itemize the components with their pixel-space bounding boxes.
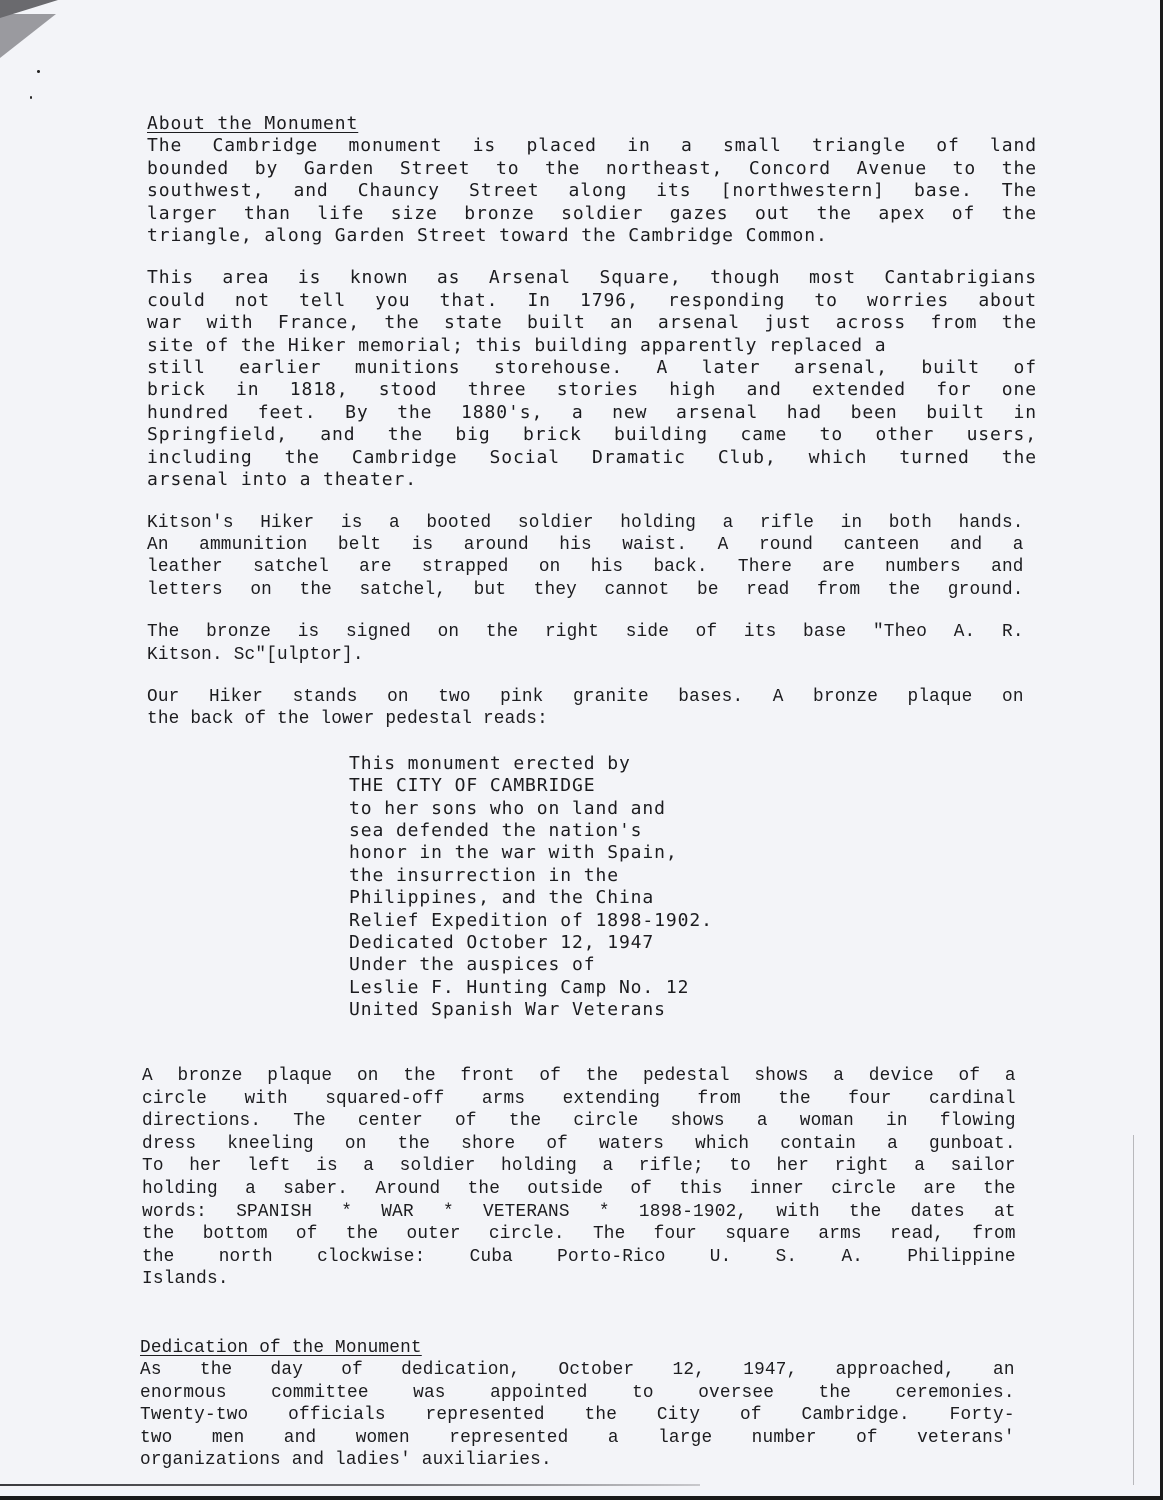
inscription-line: Relief Expedition of 1898-1902.: [349, 910, 1037, 932]
text-line: the bottom of the outer circle. The four…: [142, 1223, 1016, 1246]
folded-corner-shadow: [0, 14, 56, 58]
paragraph-hiker-description: Kitson's Hiker is a booted soldier holdi…: [147, 512, 1024, 602]
text-line: words: SPANISH * WAR * VETERANS * 1898-1…: [142, 1201, 1016, 1224]
text-line: hundred feet. By the 1880's, a new arsen…: [147, 402, 1037, 424]
text-line: Kitson's Hiker is a booted soldier holdi…: [147, 512, 1024, 534]
section-about-the-monument: About the Monument The Cambridge monumen…: [147, 113, 1037, 1042]
inscription-line: Leslie F. Hunting Camp No. 12: [349, 977, 1037, 999]
inscription-line: THE CITY OF CAMBRIDGE: [349, 775, 1037, 797]
text-line: This area is known as Arsenal Square, th…: [147, 267, 1037, 289]
paragraph-front-plaque: A bronze plaque on the front of the pede…: [142, 1065, 1016, 1291]
inscription-line: Dedicated October 12, 1947: [349, 932, 1037, 954]
text-line: To her left is a soldier holding a rifle…: [142, 1155, 1016, 1178]
scan-speck: [30, 96, 32, 99]
text-line: letters on the satchel, but they cannot …: [147, 579, 1024, 601]
paragraph-location: The Cambridge monument is placed in a sm…: [147, 135, 1037, 247]
text-line: dress kneeling on the shore of waters wh…: [142, 1133, 1016, 1156]
inscription-line: honor in the war with Spain,: [349, 842, 1037, 864]
scanned-page: About the Monument The Cambridge monumen…: [0, 0, 1163, 1500]
text-line: Islands.: [142, 1268, 1016, 1291]
plaque-inscription: This monument erected by THE CITY OF CAM…: [349, 753, 1037, 1022]
text-line: holding a saber. Around the outside of t…: [142, 1178, 1016, 1201]
text-line: bounded by Garden Street to the northeas…: [147, 158, 1037, 180]
text-line: war with France, the state built an arse…: [147, 312, 1037, 334]
inscription-line: United Spanish War Veterans: [349, 999, 1037, 1021]
text-line: including the Cambridge Social Dramatic …: [147, 447, 1037, 469]
inscription-line: Under the auspices of: [349, 954, 1037, 976]
text-line: larger than life size bronze soldier gaz…: [147, 203, 1037, 225]
paragraph-dedication-committee: As the day of dedication, October 12, 19…: [140, 1359, 1015, 1471]
scan-bottom-edge: [0, 1496, 1163, 1500]
text-line: site of the Hiker memorial; this buildin…: [147, 335, 1037, 357]
paragraph-signature: The bronze is signed on the right side o…: [147, 621, 1024, 666]
text-line: An ammunition belt is around his waist. …: [147, 534, 1024, 556]
text-line: the north clockwise: Cuba Porto-Rico U. …: [142, 1246, 1016, 1269]
text-line: arsenal into a theater.: [147, 469, 1037, 491]
inscription-line: sea defended the nation's: [349, 820, 1037, 842]
section-heading: Dedication of the Monument: [140, 1337, 422, 1359]
paragraph-bases: Our Hiker stands on two pink granite bas…: [147, 686, 1024, 731]
text-line: As the day of dedication, October 12, 19…: [140, 1359, 1015, 1381]
inscription-line: Philippines, and the China: [349, 887, 1037, 909]
text-line: triangle, along Garden Street toward the…: [147, 225, 1037, 247]
paragraph-arsenal-square: This area is known as Arsenal Square, th…: [147, 267, 1037, 491]
text-line: two men and women represented a large nu…: [140, 1427, 1015, 1449]
text-line: directions. The center of the circle sho…: [142, 1110, 1016, 1133]
folded-corner: [0, 0, 58, 18]
text-line: The bronze is signed on the right side o…: [147, 621, 1024, 643]
text-line: Kitson. Sc"[ulptor].: [147, 644, 1024, 666]
text-line: enormous committee was appointed to over…: [140, 1382, 1015, 1404]
page-bottom-rule: [0, 1484, 700, 1486]
text-line: A bronze plaque on the front of the pede…: [142, 1065, 1016, 1088]
inscription-line: to her sons who on land and: [349, 798, 1037, 820]
section-heading: About the Monument: [147, 113, 358, 135]
text-line: Springfield, and the big brick building …: [147, 424, 1037, 446]
text-line: leather satchel are strapped on his back…: [147, 556, 1024, 578]
text-line: Our Hiker stands on two pink granite bas…: [147, 686, 1024, 708]
text-line: brick in 1818, stood three stories high …: [147, 379, 1037, 401]
scan-margin-line: [1133, 1135, 1134, 1485]
section-dedication-of-the-monument: Dedication of the Monument As the day of…: [140, 1337, 1015, 1471]
text-line: Twenty-two officials represented the Cit…: [140, 1404, 1015, 1426]
text-line: southwest, and Chauncy Street along its …: [147, 180, 1037, 202]
text-line: organizations and ladies' auxiliaries.: [140, 1449, 1015, 1471]
text-line: could not tell you that. In 1796, respon…: [147, 290, 1037, 312]
inscription-line: This monument erected by: [349, 753, 1037, 775]
text-line: the back of the lower pedestal reads:: [147, 708, 1024, 730]
text-line: still earlier munitions storehouse. A la…: [147, 357, 1037, 379]
inscription-line: the insurrection in the: [349, 865, 1037, 887]
text-line: circle with squared-off arms extending f…: [142, 1088, 1016, 1111]
text-line: The Cambridge monument is placed in a sm…: [147, 135, 1037, 157]
scan-speck: [37, 70, 40, 73]
